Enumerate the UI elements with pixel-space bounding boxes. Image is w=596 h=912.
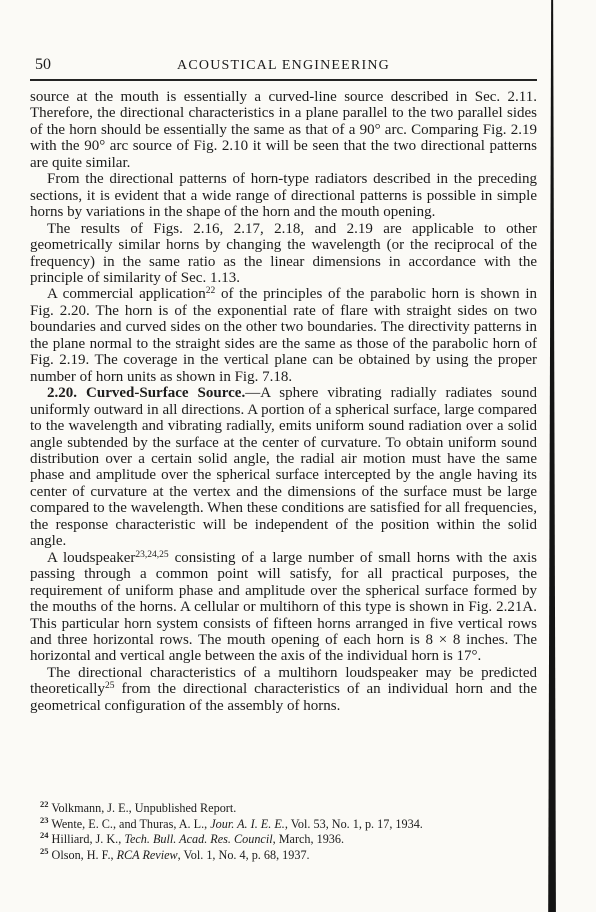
paragraph: The results of Figs. 2.16, 2.17, 2.18, a… <box>30 221 537 287</box>
footnote-text: , Vol. 53, No. 1, p. 17, 1934. <box>285 817 423 831</box>
paragraph: A commercial application22 of the princi… <box>30 286 537 385</box>
footnote-22: 22 Volkmann, J. E., Unpublished Report. <box>40 801 537 817</box>
page-header: 50 ACOUSTICAL ENGINEERING <box>30 55 537 77</box>
footnote-journal: Tech. Bull. Acad. Res. Council <box>124 832 272 846</box>
footnotes-block: 22 Volkmann, J. E., Unpublished Report. … <box>40 801 537 863</box>
section-heading: 2.20. Curved-Surface Source. <box>47 385 245 401</box>
footnote-marker: 24 <box>40 830 49 840</box>
paragraph-text: consisting of a large number of small ho… <box>30 550 537 665</box>
paragraph-text: A commercial application <box>47 286 206 302</box>
paragraph-text: The results of Figs. 2.16, 2.17, 2.18, a… <box>30 221 537 286</box>
footnote-marker: 25 <box>40 846 49 856</box>
footnote-ref-23-24-25: 23,24,25 <box>135 550 168 560</box>
page-number: 50 <box>35 56 51 74</box>
paragraph-text: From the directional patterns of horn-ty… <box>30 171 537 220</box>
paragraph-text: A loudspeaker <box>47 550 135 566</box>
footnote-text: Olson, H. F., <box>49 848 117 862</box>
paragraph-text: source at the mouth is essentially a cur… <box>30 89 537 171</box>
footnote-journal: RCA Review <box>117 848 178 862</box>
header-rule <box>30 79 537 81</box>
paragraph-text: —A sphere vibrating radially radiates so… <box>30 385 537 549</box>
book-page: 50 ACOUSTICAL ENGINEERING source at the … <box>0 0 596 912</box>
footnote-24: 24 Hilliard, J. K., Tech. Bull. Acad. Re… <box>40 832 537 848</box>
footnote-25: 25 Olson, H. F., RCA Review, Vol. 1, No.… <box>40 848 537 864</box>
paragraph: From the directional patterns of horn-ty… <box>30 171 537 220</box>
running-title: ACOUSTICAL ENGINEERING <box>30 55 537 74</box>
footnote-text: , Vol. 1, No. 4, p. 68, 1937. <box>178 848 310 862</box>
footnote-text: , March, 1936. <box>273 832 344 846</box>
footnote-marker: 23 <box>40 815 49 825</box>
footnote-23: 23 Wente, E. C., and Thuras, A. L., Jour… <box>40 817 537 833</box>
footnote-marker: 22 <box>40 799 49 809</box>
paragraph-section-2-20: 2.20. Curved-Surface Source.—A sphere vi… <box>30 385 537 550</box>
footnote-text: Hilliard, J. K., <box>49 832 125 846</box>
scan-edge-artifact <box>548 0 557 912</box>
paragraph: A loudspeaker23,24,25 consisting of a la… <box>30 550 537 665</box>
footnote-ref-22: 22 <box>206 286 216 296</box>
footnote-text: Volkmann, J. E., Unpublished Report. <box>49 801 237 815</box>
footnote-ref-25: 25 <box>105 681 115 691</box>
paragraph-continuation: source at the mouth is essentially a cur… <box>30 89 537 171</box>
footnote-text: Wente, E. C., and Thuras, A. L., <box>49 817 211 831</box>
paragraph: The directional characteristics of a mul… <box>30 665 537 714</box>
page-body: source at the mouth is essentially a cur… <box>30 89 537 714</box>
footnote-journal: Jour. A. I. E. E. <box>210 817 285 831</box>
